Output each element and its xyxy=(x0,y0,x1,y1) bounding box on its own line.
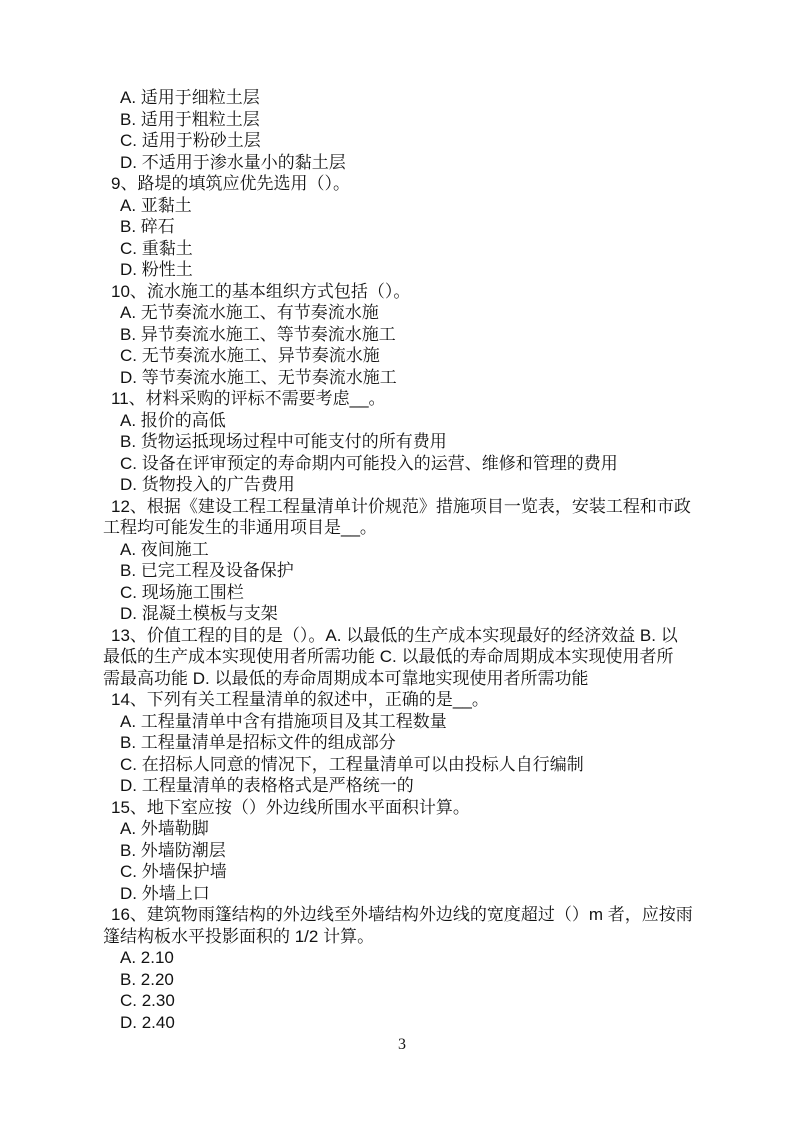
option-line: D. 2.40 xyxy=(103,1012,718,1034)
option-line: C. 外墙保护墙 xyxy=(103,861,718,883)
question-line: 13、价值工程的目的是（）。A. 以最低的生产成本实现最好的经济效益 B. 以 xyxy=(103,625,718,647)
option-line: C. 在招标人同意的情况下，工程量清单可以由投标人自行编制 xyxy=(103,754,718,776)
option-line: B. 货物运抵现场过程中可能支付的所有费用 xyxy=(103,431,718,453)
wrap-line: 篷结构板水平投影面积的 1/2 计算。 xyxy=(103,926,718,948)
option-line: C. 设备在评审预定的寿命期内可能投入的运营、维修和管理的费用 xyxy=(103,453,718,475)
question-line: 14、下列有关工程量清单的叙述中，正确的是__。 xyxy=(103,689,718,711)
question-line: 15、地下室应按（）外边线所围水平面积计算。 xyxy=(103,797,718,819)
option-line: A. 报价的高低 xyxy=(103,410,718,432)
option-line: D. 外墙上口 xyxy=(103,883,718,905)
question-line: 10、流水施工的基本组织方式包括（）。 xyxy=(103,281,718,303)
option-line: C. 重黏土 xyxy=(103,238,718,260)
question-list: A. 适用于细粒土层B. 适用于粗粒土层C. 适用于粉砂土层D. 不适用于渗水量… xyxy=(103,87,718,1033)
option-line: C. 2.30 xyxy=(103,990,718,1012)
option-line: A. 夜间施工 xyxy=(103,539,718,561)
option-line: A. 工程量清单中含有措施项目及其工程数量 xyxy=(103,711,718,733)
page-number: 3 xyxy=(0,1036,804,1054)
option-line: C. 无节奏流水施工、异节奏流水施 xyxy=(103,345,718,367)
option-line: B. 已完工程及设备保护 xyxy=(103,560,718,582)
wrap-line: 最低的生产成本实现使用者所需功能 C. 以最低的寿命周期成本实现使用者所 xyxy=(103,646,718,668)
option-line: A. 无节奏流水施工、有节奏流水施 xyxy=(103,302,718,324)
option-line: C. 适用于粉砂土层 xyxy=(103,130,718,152)
option-line: C. 现场施工围栏 xyxy=(103,582,718,604)
option-line: A. 适用于细粒土层 xyxy=(103,87,718,109)
question-line: 12、根据《建设工程工程量清单计价规范》措施项目一览表，安装工程和市政 xyxy=(103,496,718,518)
option-line: A. 2.10 xyxy=(103,947,718,969)
option-line: D. 等节奏流水施工、无节奏流水施工 xyxy=(103,367,718,389)
option-line: B. 外墙防潮层 xyxy=(103,840,718,862)
option-line: D. 混凝土模板与支架 xyxy=(103,603,718,625)
option-line: B. 2.20 xyxy=(103,969,718,991)
option-line: B. 适用于粗粒土层 xyxy=(103,109,718,131)
option-line: B. 异节奏流水施工、等节奏流水施工 xyxy=(103,324,718,346)
option-line: A. 亚黏土 xyxy=(103,195,718,217)
question-line: 11、材料采购的评标不需要考虑__。 xyxy=(103,388,718,410)
option-line: B. 碎石 xyxy=(103,216,718,238)
option-line: D. 粉性土 xyxy=(103,259,718,281)
wrap-line: 需最高功能 D. 以最低的寿命周期成本可靠地实现使用者所需功能 xyxy=(103,668,718,690)
wrap-line: 工程均可能发生的非通用项目是__。 xyxy=(103,517,718,539)
option-line: D. 不适用于渗水量小的黏土层 xyxy=(103,152,718,174)
question-line: 16、建筑物雨篷结构的外边线至外墙结构外边线的宽度超过（）m 者，应按雨 xyxy=(103,904,718,926)
document-page: A. 适用于细粒土层B. 适用于粗粒土层C. 适用于粉砂土层D. 不适用于渗水量… xyxy=(0,0,804,1137)
option-line: A. 外墙勒脚 xyxy=(103,818,718,840)
option-line: B. 工程量清单是招标文件的组成部分 xyxy=(103,732,718,754)
option-line: D. 货物投入的广告费用 xyxy=(103,474,718,496)
question-line: 9、路堤的填筑应优先选用（）。 xyxy=(103,173,718,195)
option-line: D. 工程量清单的表格格式是严格统一的 xyxy=(103,775,718,797)
